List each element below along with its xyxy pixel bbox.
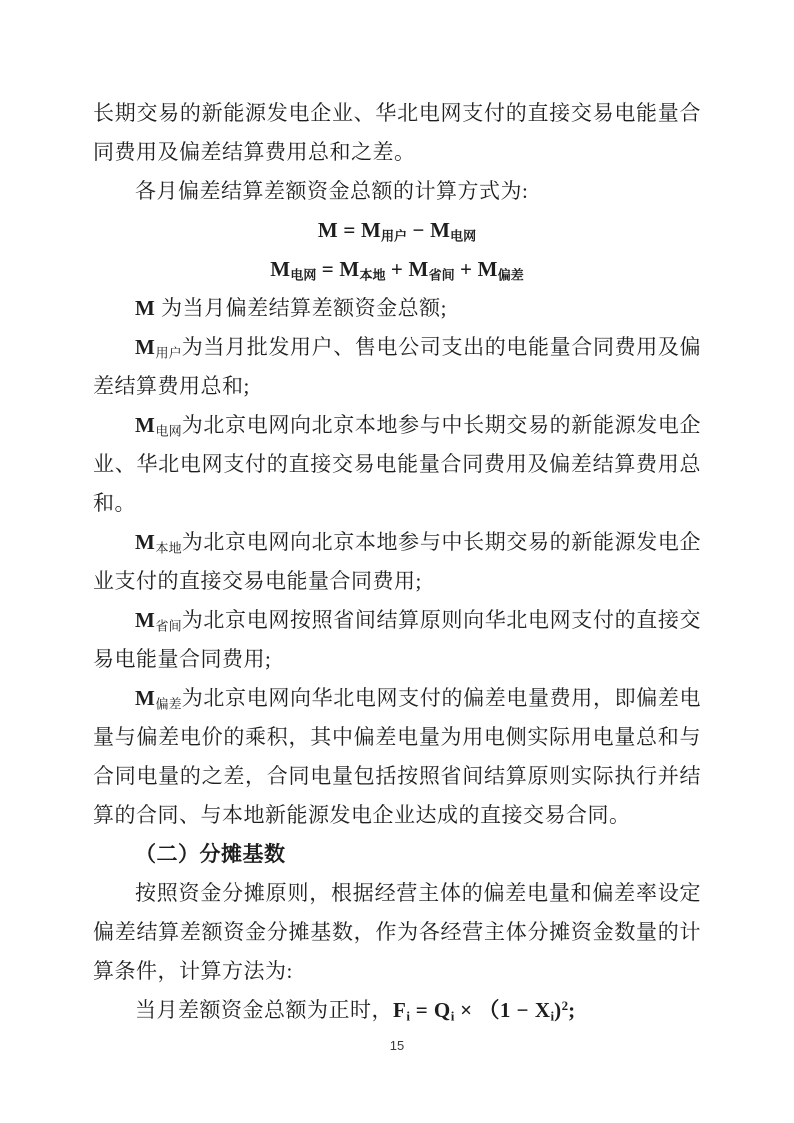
- page-number: 15: [0, 1038, 794, 1053]
- subscript-text: 电网: [290, 268, 316, 283]
- body-paragraph: M电网为北京电网向北京本地参与中长期交易的新能源发电企业、华北电网支付的直接交易…: [93, 406, 701, 523]
- body-paragraph: 当月差额资金总额为正时，Fi = Qi × （1 − Xi)2;: [93, 991, 701, 1030]
- math-text: ): [554, 998, 562, 1022]
- formula-line: M = M用户 − M电网: [93, 211, 701, 250]
- subscript-text: 省间: [429, 268, 455, 283]
- section-heading: （二）分摊基数: [93, 835, 701, 874]
- body-paragraph: M省间为北京电网按照省间结算原则向华北电网支付的直接交易电能量合同费用;: [93, 601, 701, 679]
- body-paragraph: M用户为当月批发用户、售电公司支出的电能量合同费用及偏差结算费用总和;: [93, 328, 701, 406]
- subscript-text: 电网: [155, 424, 181, 439]
- body-paragraph: 各月偏差结算差额资金总额的计算方式为:: [93, 172, 701, 211]
- math-text: M: [135, 608, 155, 632]
- document-page: 长期交易的新能源发电企业、华北电网支付的直接交易电能量合同费用及偏差结算费用总和…: [0, 0, 794, 1123]
- math-text: M: [135, 335, 155, 359]
- body-paragraph: 长期交易的新能源发电企业、华北电网支付的直接交易电能量合同费用及偏差结算费用总和…: [93, 94, 701, 172]
- formula-line: M电网 = M本地 + M省间 + M偏差: [93, 250, 701, 289]
- math-text: × （1 − X: [454, 998, 550, 1022]
- body-paragraph: M偏差为北京电网向华北电网支付的偏差电量费用，即偏差电量与偏差电价的乘积，其中偏…: [93, 679, 701, 835]
- math-text: M: [135, 296, 155, 320]
- body-paragraph: M 为当月偏差结算差额资金总额;: [93, 289, 701, 328]
- subscript-text: 本地: [155, 541, 181, 556]
- subscript-text: 用户: [381, 229, 407, 244]
- subscript-text: 偏差: [498, 268, 524, 283]
- math-text: = Q: [410, 998, 451, 1022]
- subscript-text: 本地: [359, 268, 385, 283]
- subscript-text: 偏差: [155, 697, 181, 712]
- math-text: F: [393, 998, 406, 1022]
- math-text: M: [135, 413, 155, 437]
- subscript-text: 用户: [155, 346, 181, 361]
- document-body: 长期交易的新能源发电企业、华北电网支付的直接交易电能量合同费用及偏差结算费用总和…: [93, 94, 701, 1030]
- subscript-text: 省间: [155, 619, 181, 634]
- math-text: M: [135, 686, 155, 710]
- math-text: M: [135, 530, 155, 554]
- subscript-text: 电网: [450, 229, 476, 244]
- body-paragraph: M本地为北京电网向北京本地参与中长期交易的新能源发电企业支付的直接交易电能量合同…: [93, 523, 701, 601]
- math-text: ;: [568, 998, 576, 1022]
- body-paragraph: 按照资金分摊原则，根据经营主体的偏差电量和偏差率设定偏差结算差额资金分摊基数，作…: [93, 874, 701, 991]
